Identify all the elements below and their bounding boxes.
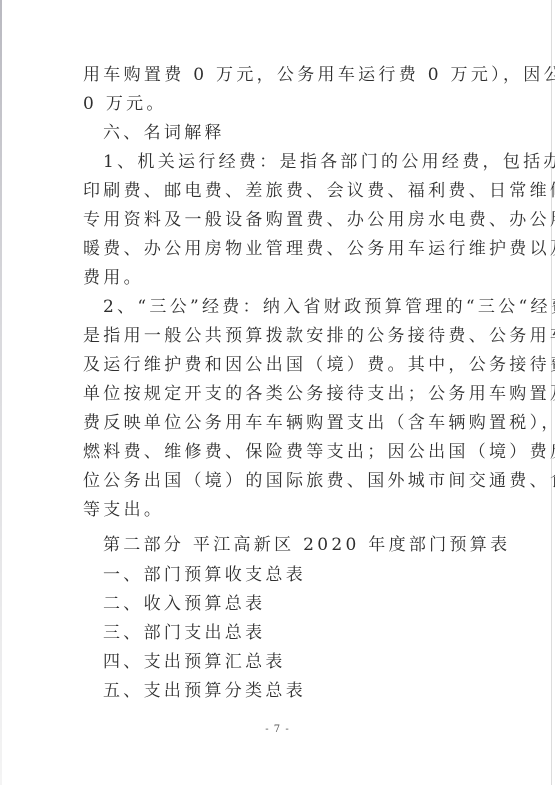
text-line: 费用。 — [83, 267, 483, 289]
section-heading-definitions: 六、名词解释 — [103, 122, 503, 144]
table-list-item: 四、支出预算汇总表 — [103, 651, 503, 673]
text-line: 1、机关运行经费：是指各部门的公用经费，包括办公及 — [103, 151, 503, 173]
table-list-item: 五、支出预算分类总表 — [103, 680, 503, 702]
text-line: 单位按规定开支的各类公务接待支出；公务用车购置及运行 — [83, 383, 483, 405]
text-line: 2、“三公”经费：纳入省财政预算管理的“三公“经费， — [103, 296, 503, 318]
page-number: - 7 - — [0, 724, 555, 735]
text-line: 专用资料及一般设备购置费、办公用房水电费、办公用房取 — [83, 209, 483, 231]
text-line: 燃料费、维修费、保险费等支出；因公出国（境）费反映单 — [83, 441, 483, 463]
table-list-item: 二、收入预算总表 — [103, 593, 503, 615]
text-line: 是指用一般公共预算拨款安排的公务接待费、公务用车购置 — [83, 325, 483, 347]
text-line: 暖费、办公用房物业管理费、公务用车运行维护费以及其他 — [83, 238, 483, 260]
text-line: 及运行维护费和因公出国（境）费。其中，公务接待费反映 — [83, 354, 483, 376]
text-line: 位公务出国（境）的国际旅费、国外城市间交通费、食宿费 — [83, 470, 483, 492]
text-line: 印刷费、邮电费、差旅费、会议费、福利费、日常维修费、 — [83, 180, 483, 202]
text-line: 等支出。 — [83, 499, 483, 521]
part-two-heading: 第二部分 平江高新区 2020 年度部门预算表 — [103, 534, 503, 556]
table-list-item: 三、部门支出总表 — [103, 622, 503, 644]
text-line: 费反映单位公务用车车辆购置支出（含车辆购置税），以及 — [83, 412, 483, 434]
document-page: 用车购置费 0 万元，公务用车运行费 0 万元），因公出国（境） 0 万元。 六… — [0, 0, 555, 785]
text-line: 0 万元。 — [83, 93, 483, 115]
table-list-item: 一、部门预算收支总表 — [103, 564, 503, 586]
text-line: 用车购置费 0 万元，公务用车运行费 0 万元），因公出国（境） — [83, 64, 483, 86]
